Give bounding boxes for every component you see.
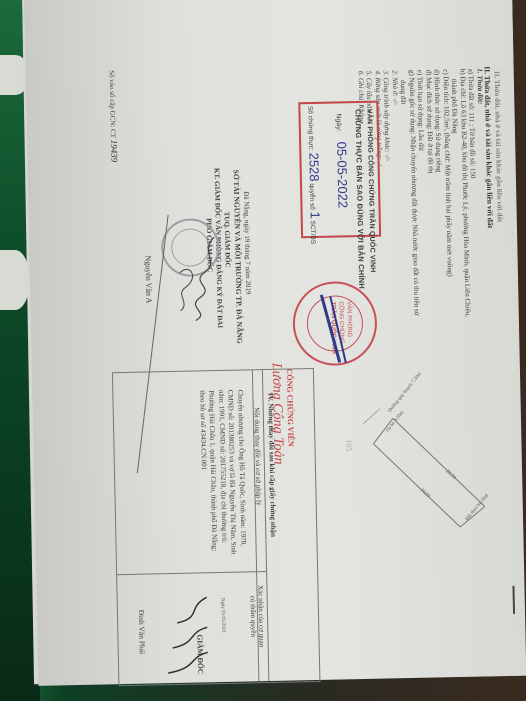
stamp-book-label: quyển số: [308, 183, 316, 210]
north-arrow-icon: [512, 586, 515, 614]
section-iv-content: Chuyển nhượng cho Ông Hồ Tá Quốc, Sinh n…: [197, 389, 248, 555]
stamp-book-suffix: SCT/BS: [309, 221, 316, 245]
background-pattern: [0, 250, 30, 310]
stamp-number-label: Số chứng thực:: [306, 106, 314, 151]
stamp-number-value: 2528: [306, 152, 322, 181]
col-header-confirm: Xác nhận của cơ quan có thẩm quyền: [248, 581, 265, 651]
registry-number: Số vào sổ cấp GCN: CT 19439: [108, 70, 120, 162]
issuer-signer: Nguyễn Văn A: [143, 255, 153, 303]
stamp-certify-text: CHỨNG THỰC BẢN SAO ĐÚNG VỚI BẢN CHÍNH: [353, 109, 366, 289]
issuer-signature: [159, 232, 231, 323]
stamp-book-value: 1: [308, 211, 323, 219]
confirm-signer: Đinh Văn Phái: [136, 610, 145, 655]
map-label-faint: 105: [344, 439, 353, 451]
issuer-place-date: Đà Nẵng, ngày 19 tháng 7 năm 2019: [242, 191, 253, 294]
stamp-date-value: 05-05-2022: [334, 141, 350, 208]
registry-label: Số vào sổ cấp GCN: CT: [108, 70, 117, 138]
certificate-page: II. Thửa đất, nhà ở và tài sản khác gắn …: [24, 0, 526, 686]
stamp-date-row: Ngày: 05-05-2022: [334, 113, 351, 208]
land-plot-sketch: [363, 406, 506, 549]
registry-value: 19439: [109, 140, 119, 163]
notary-seal: VĂN PHÒNG CÔNG CHỨNG TRẦN QUỐC VINH: [292, 281, 378, 367]
seal-line-1: VĂN PHÒNG: [344, 301, 353, 353]
confirm-date: Ngày 21/05/2021: [220, 598, 226, 633]
certification-stamp: VĂN PHÒNG CÔNG CHỨNG TRẦN QUỐC VINH CHỨN…: [298, 101, 381, 239]
confirm-signature: [157, 592, 219, 683]
stamp-date-label: Ngày:: [335, 113, 342, 131]
stamp-number-row: Số chứng thực: 2528 quyển số 1 SCT/BS: [305, 106, 323, 244]
